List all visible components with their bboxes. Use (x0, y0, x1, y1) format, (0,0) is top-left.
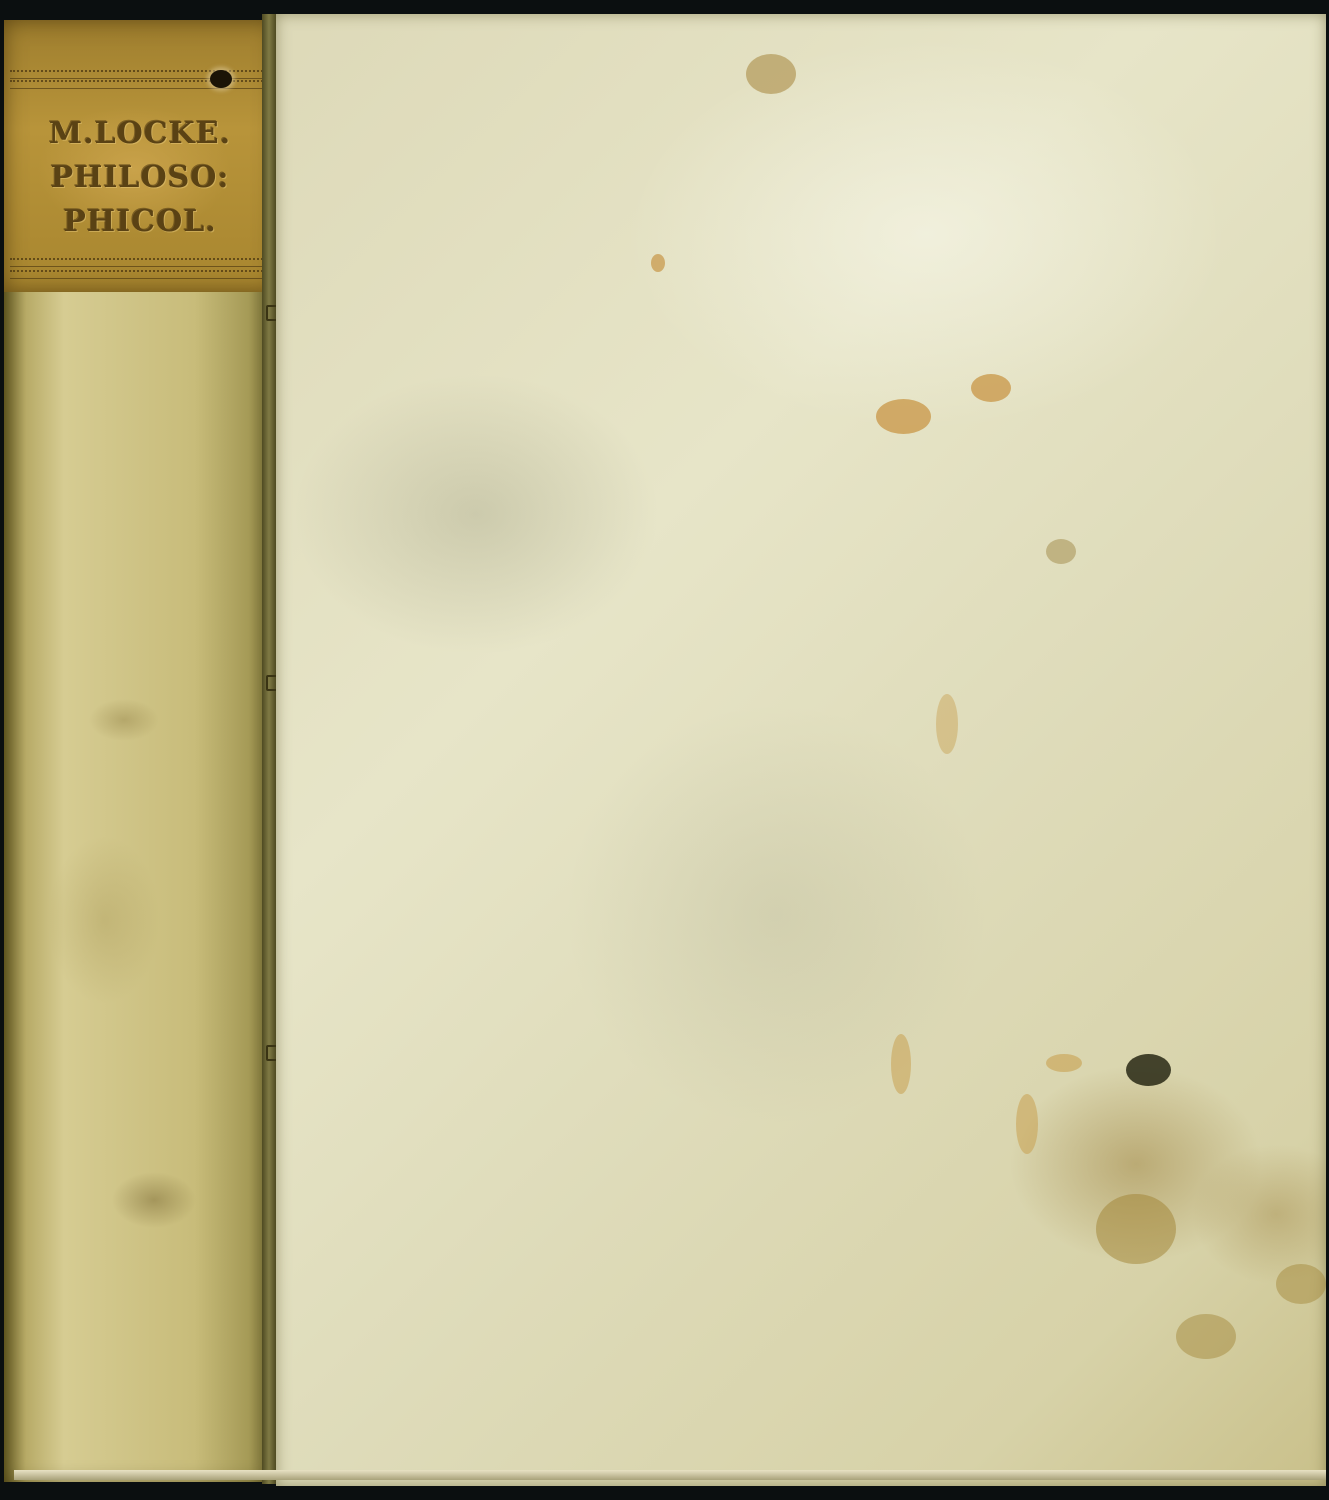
stain (936, 694, 958, 754)
worm-hole (210, 70, 232, 88)
label-line-1: M.LOCKE. (4, 116, 276, 151)
label-line-3: PHICOL. (4, 204, 276, 239)
stain (1176, 1314, 1236, 1359)
stain (1276, 1264, 1326, 1304)
stain (891, 1034, 911, 1094)
stain (971, 374, 1011, 402)
spine-title-label: M.LOCKE. PHILOSO: PHICOL. (4, 20, 276, 292)
book-spine: M.LOCKE. PHILOSO: PHICOL. (4, 20, 276, 1482)
ink-spots (1126, 1054, 1171, 1086)
stain (1016, 1094, 1038, 1154)
tooled-border-bottom-inner (10, 270, 266, 279)
stain (876, 399, 931, 434)
stain (1046, 539, 1076, 564)
stain (1046, 1054, 1082, 1072)
stain (746, 54, 796, 94)
stain (1096, 1194, 1176, 1264)
stain (651, 254, 665, 272)
book-joint (262, 14, 276, 1484)
book: M.LOCKE. PHILOSO: PHICOL. (0, 0, 1329, 1500)
label-line-2: PHILOSO: (4, 160, 276, 195)
front-cover (276, 14, 1326, 1486)
tooled-border-bottom (10, 258, 266, 267)
book-bottom-edge (14, 1470, 1326, 1480)
